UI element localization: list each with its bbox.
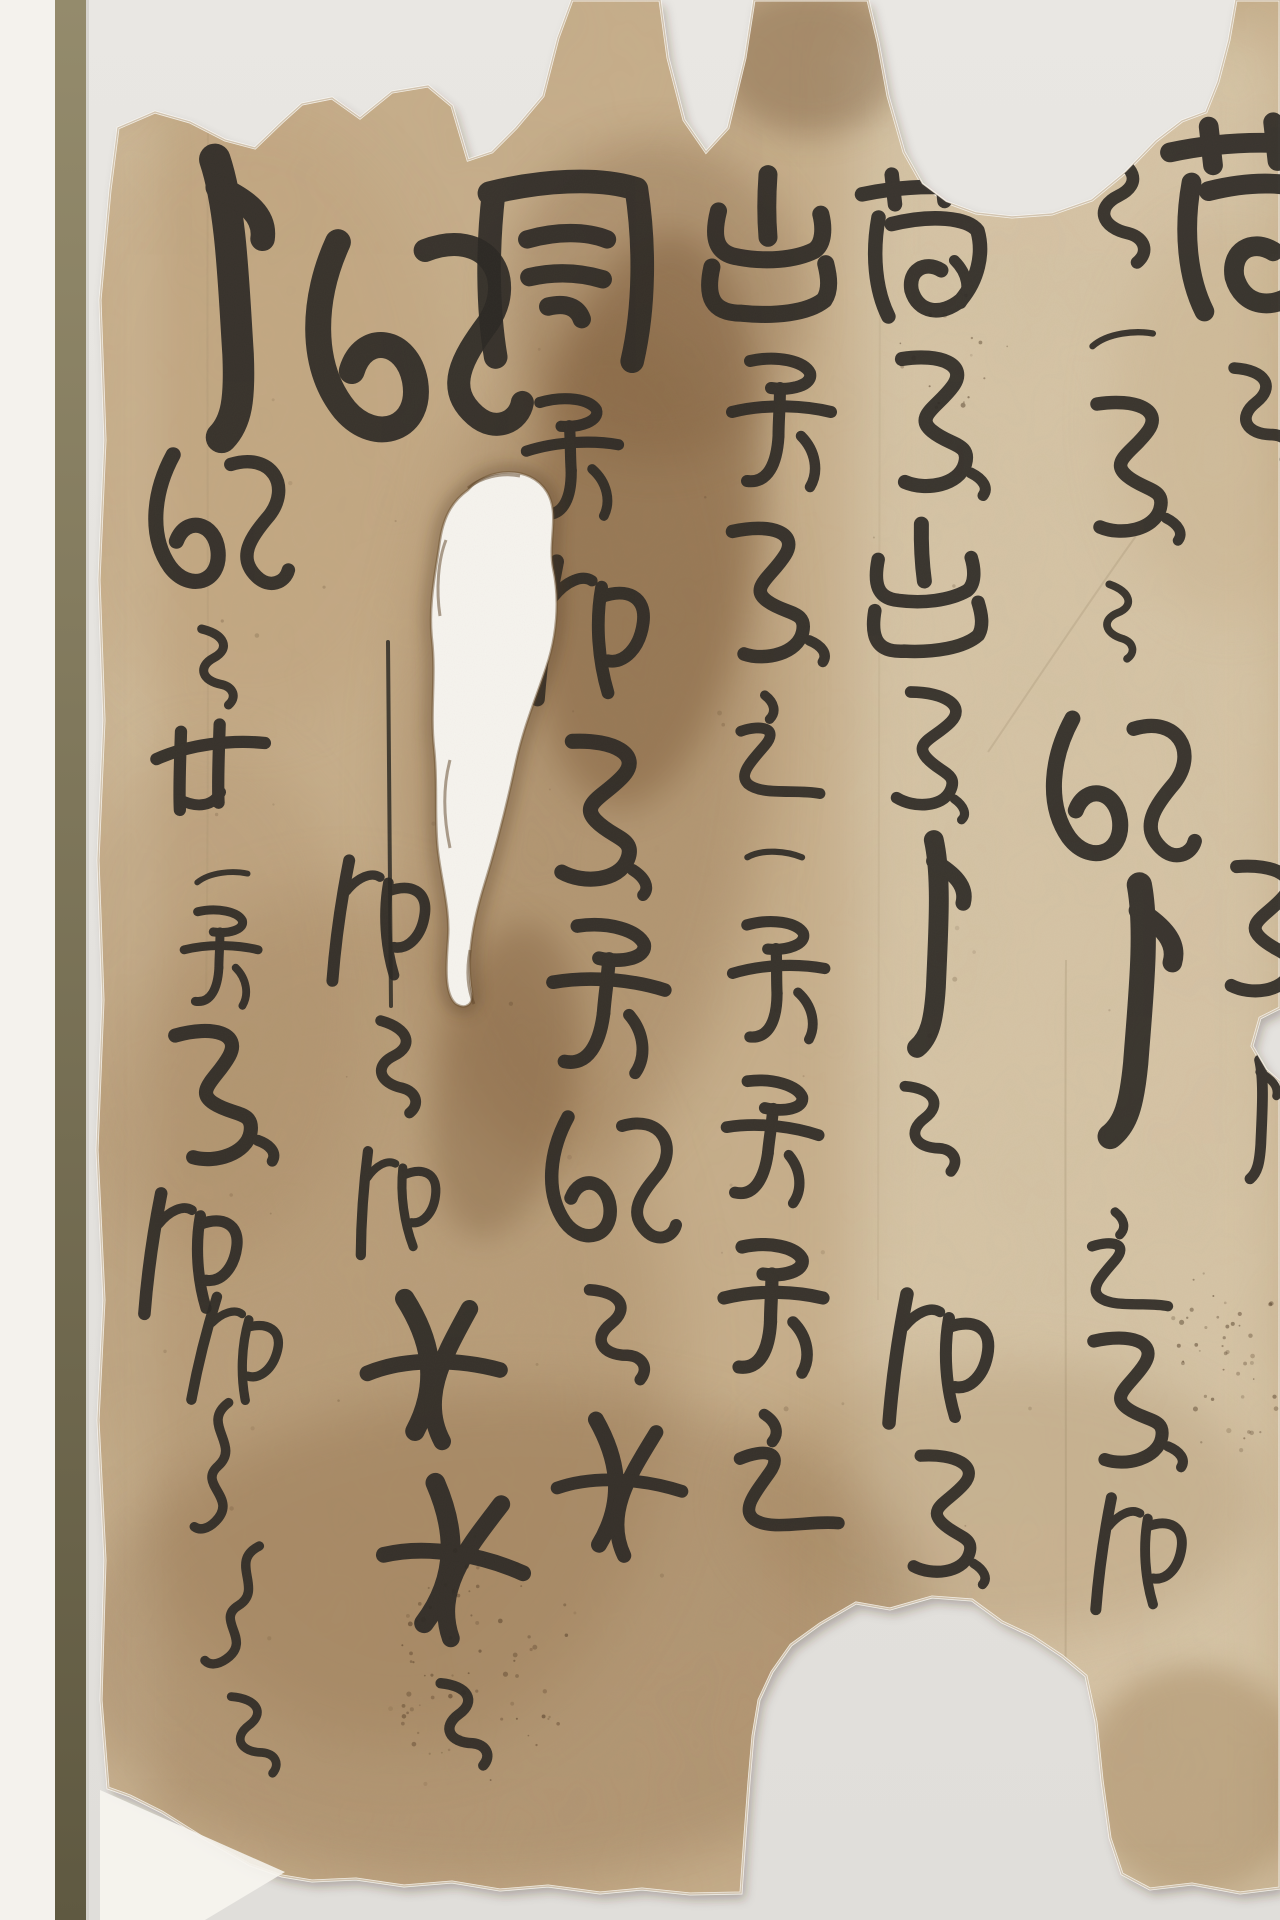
shelf-edge-strip <box>55 0 86 1920</box>
strip-shadow-line <box>86 0 89 1920</box>
manuscript-photo <box>0 0 1280 1920</box>
photograph-scene <box>0 0 1280 1920</box>
wall-white-strip <box>0 0 55 1920</box>
paper-grain <box>97 0 1280 1894</box>
